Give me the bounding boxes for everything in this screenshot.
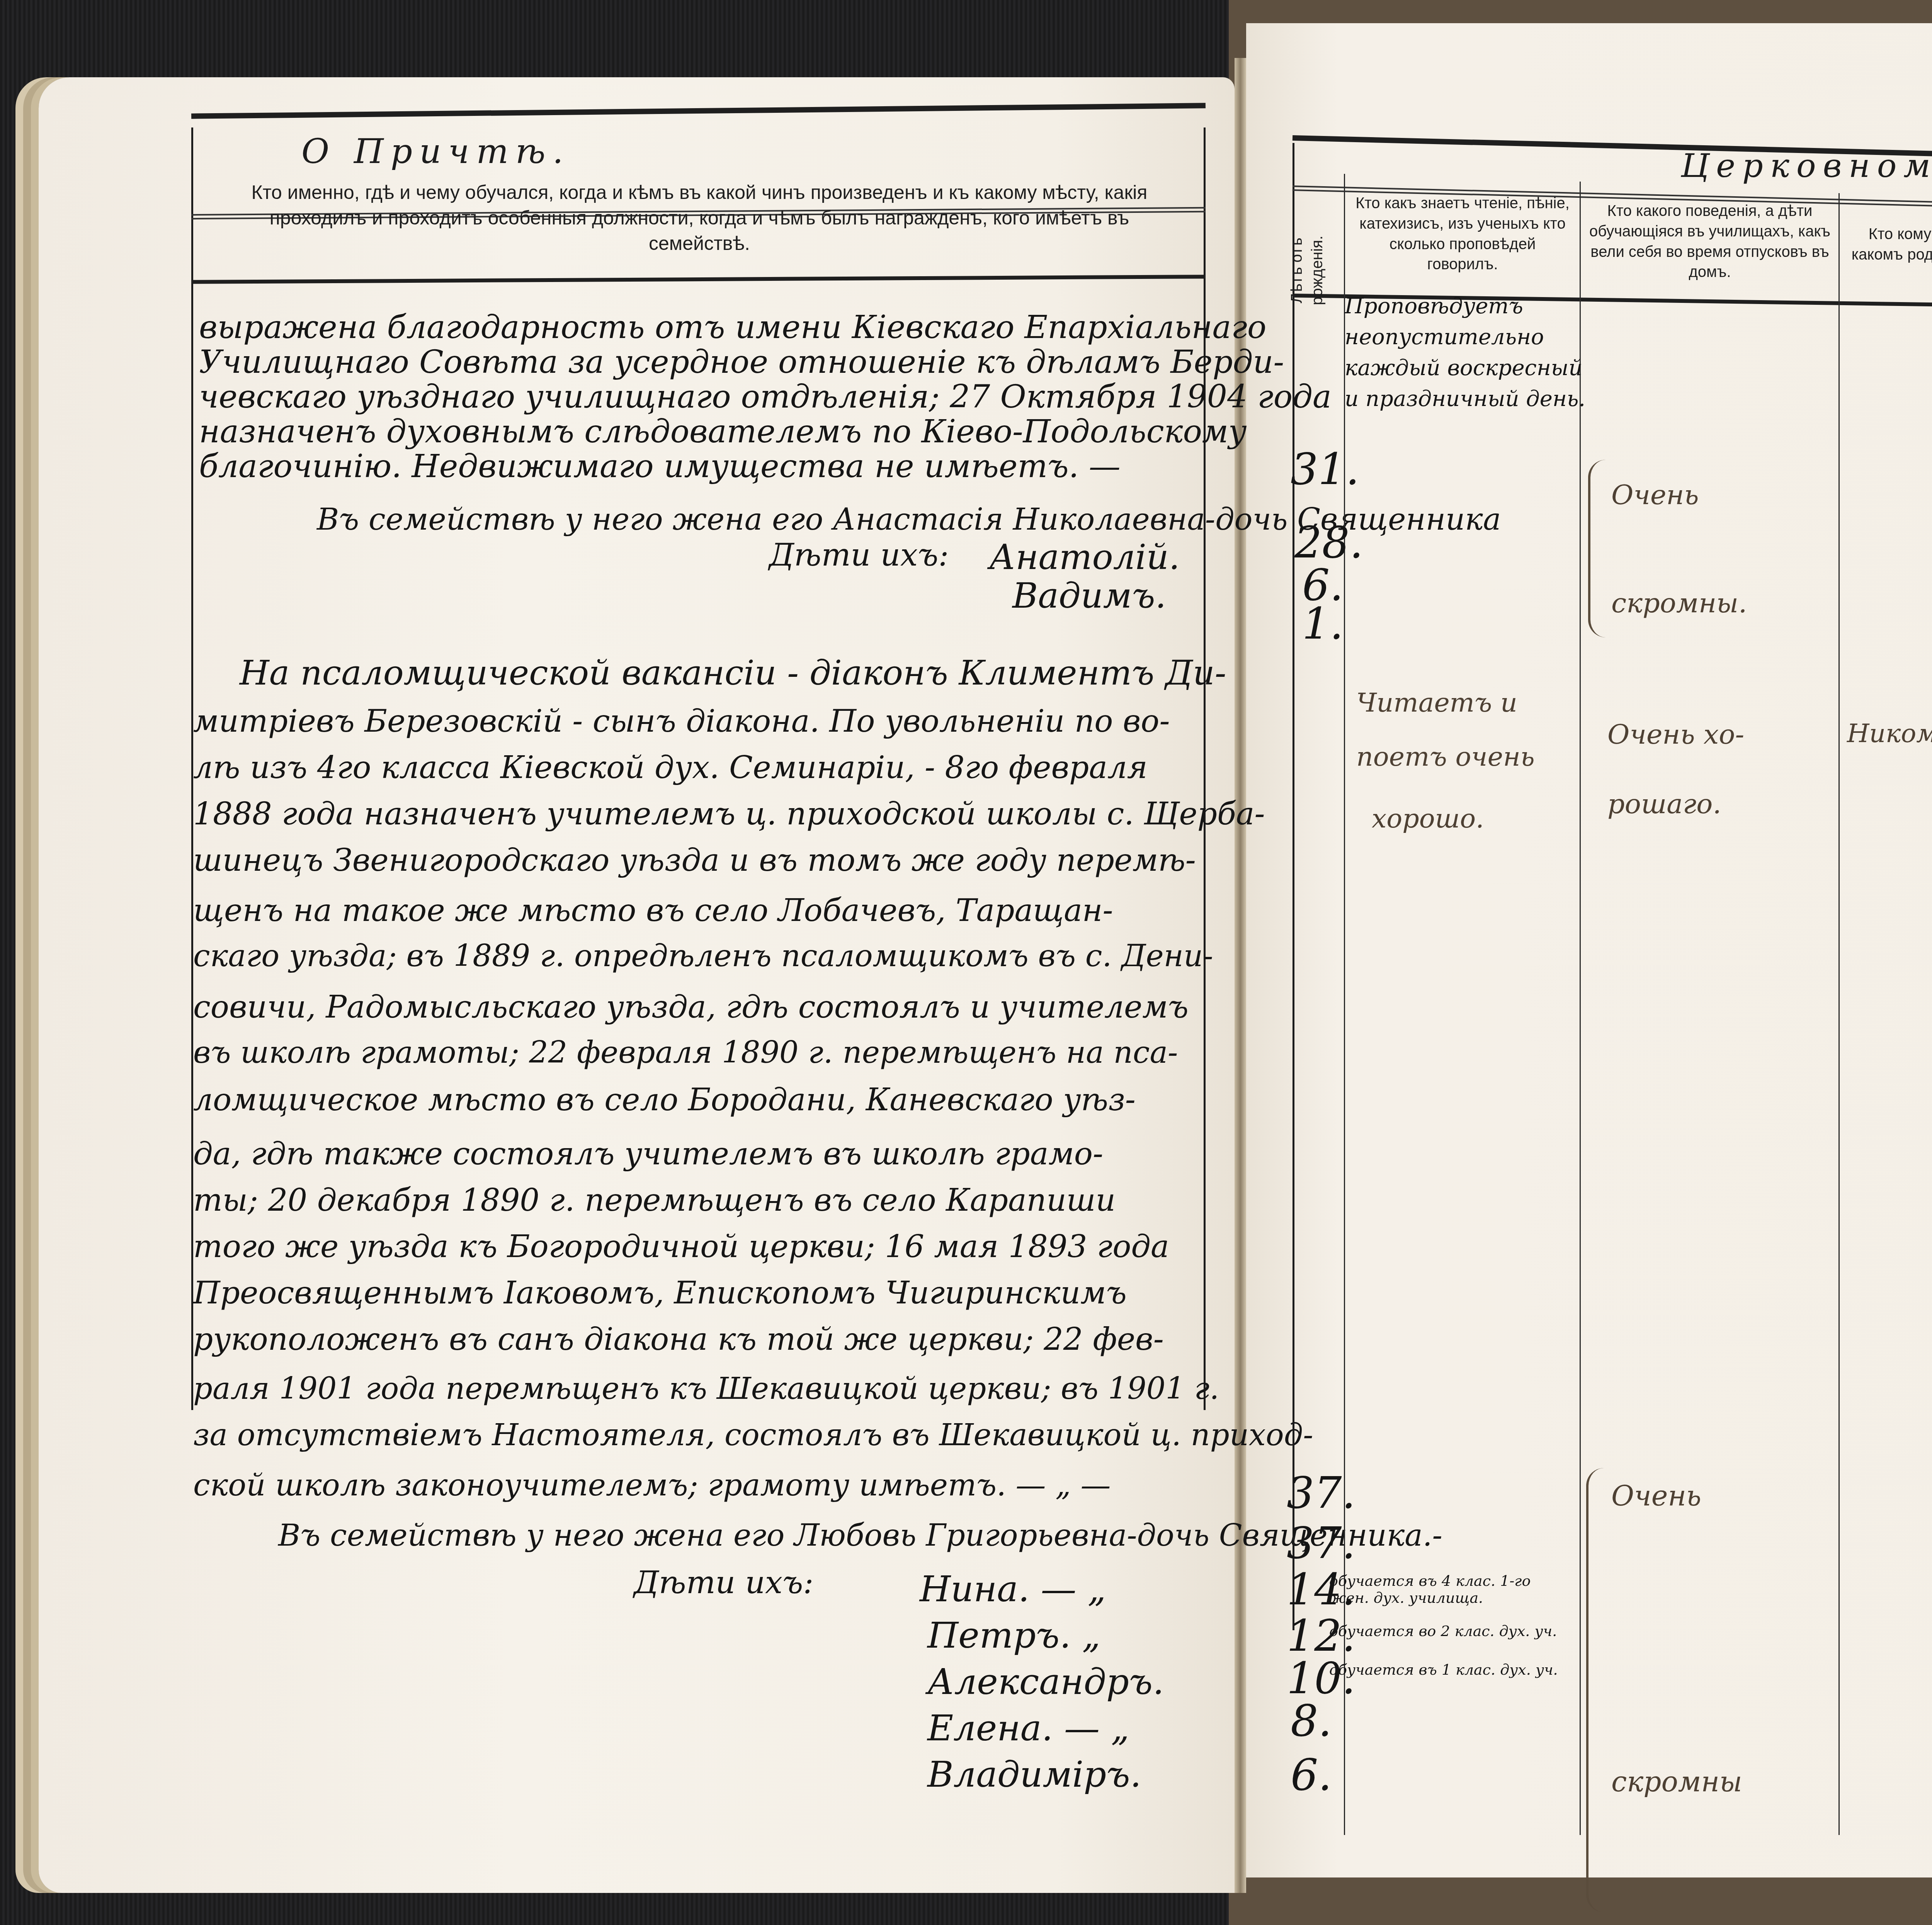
brace-icon [1588, 460, 1606, 637]
family2-children-label: Дѣти ихъ: [634, 1565, 813, 1600]
age-value: 1. [1302, 599, 1344, 649]
kinship-note: Никому [1847, 719, 1932, 748]
col-divider [1580, 182, 1581, 1835]
col-header-behavior: Кто какого поведенія, а дѣти обучающіяся… [1586, 201, 1833, 282]
behavior-note: скромны [1611, 1765, 1742, 1798]
handwritten-line: за отсутствіемъ Настоятеля, состоялъ въ … [193, 1418, 1313, 1453]
handwritten-line: Училищнаго Совѣта за усердное отношеніе … [199, 344, 1284, 381]
knowledge-note: поетъ очень [1356, 742, 1535, 772]
handwritten-line: да, гдѣ также состоялъ учителемъ въ школ… [193, 1136, 1103, 1172]
sermon-note: Проповѣдуетъ [1345, 294, 1523, 319]
sermon-note: каждый воскресный [1345, 355, 1582, 381]
handwritten-line: того же уѣзда къ Богородичной церкви; 16… [193, 1228, 1169, 1264]
left-page-title: О Причтѣ. [301, 131, 570, 171]
age-value: 8. [1291, 1696, 1332, 1746]
family2-child: Александръ. [927, 1661, 1164, 1702]
family2-child: Нина. — „ [920, 1568, 1106, 1610]
col-header-knowledge: Кто какъ знаетъ чтеніе, пѣніе, катехизис… [1352, 193, 1573, 275]
behavior-note: Очень [1611, 1480, 1701, 1512]
right-page-title: Церковномъ. [1681, 147, 1932, 185]
family2-child: Петръ. „ [927, 1615, 1100, 1656]
handwritten-line: рукоположенъ въ санъ діакона къ той же ц… [193, 1321, 1164, 1357]
handwritten-line: митріевъ Березовскій - сынъ діакона. По … [193, 703, 1170, 739]
age-value: 37. [1287, 1518, 1355, 1568]
col-header-kinship: Кто кому въ какомъ родствѣ. [1845, 224, 1932, 265]
age-value: 31. [1291, 444, 1359, 494]
handwritten-line: чевскаго уѣзднаго училищнаго отдѣленія; … [199, 379, 1332, 415]
handwritten-line: выражена благодарность отъ имени Кіевска… [199, 309, 1266, 346]
family1-child: Вадимъ. [1012, 576, 1166, 616]
family1-children-label: Дѣти ихъ: [769, 537, 949, 573]
behavior-note: Очень [1611, 479, 1699, 511]
behavior-note: Очень хо- [1607, 719, 1744, 750]
brace-icon [1586, 1468, 1604, 1912]
handwritten-line: Преосвященнымъ Іаковомъ, Епископомъ Чиги… [193, 1275, 1127, 1311]
age-value: 37. [1287, 1468, 1355, 1518]
handwritten-line: раля 1901 года перемѣщенъ къ Шекавицкой … [193, 1371, 1219, 1406]
handwritten-line: ской школѣ законоучителемъ; грамоту имѣе… [193, 1468, 1111, 1503]
handwritten-line: скаго уѣзда; въ 1889 г. опредѣленъ псало… [193, 939, 1213, 974]
knowledge-note: хорошо. [1372, 804, 1484, 834]
handwritten-line: лѣ изъ 4го класса Кіевской дух. Семинарі… [193, 749, 1148, 785]
age-value: 6. [1291, 1750, 1332, 1800]
handwritten-line: благочинію. Недвижимаго имущества не имѣ… [199, 448, 1121, 485]
family2-child: Владиміръ. [927, 1754, 1141, 1795]
handwritten-line: 1888 года назначенъ учителемъ ц. приходс… [193, 796, 1265, 832]
col-divider [1838, 193, 1840, 1835]
sermon-note: неопустительно [1345, 325, 1544, 350]
family2-line: Въ семействѣ у него жена его Любовь Григ… [278, 1518, 1442, 1553]
behavior-note: скромны. [1611, 587, 1747, 619]
sermon-note: и праздничный день. [1345, 386, 1585, 411]
left-column-header: Кто именно, гдѣ и чему обучался, когда и… [216, 180, 1182, 256]
family1-child: Анатолій. [989, 537, 1180, 578]
handwritten-line: назначенъ духовнымъ слѣдователемъ по Кіе… [199, 413, 1247, 450]
handwritten-line: совичи, Радомысльскаго уѣзда, гдѣ состоя… [193, 989, 1189, 1025]
handwritten-line: ломщическое мѣсто въ село Бородани, Кане… [193, 1082, 1136, 1118]
handwritten-line: ты; 20 декабря 1890 г. перемѣщенъ въ сел… [193, 1182, 1116, 1218]
knowledge-note: Читаетъ и [1356, 688, 1517, 718]
behavior-note: рошаго. [1607, 788, 1721, 820]
schooling-note: обучается во 2 клас. дух. уч. [1329, 1623, 1557, 1640]
family2-child: Елена. — „ [927, 1708, 1129, 1749]
col-header-age: Лѣтъ отъ рожденія. [1287, 228, 1352, 313]
handwritten-line: въ школѣ грамоты; 22 февраля 1890 г. пер… [193, 1035, 1178, 1070]
schooling-note: обучается въ 4 клас. 1-го жен. дух. учил… [1329, 1572, 1569, 1606]
handwritten-line: шинецъ Звенигородскаго уѣзда и въ томъ ж… [193, 842, 1196, 878]
handwritten-line: На псаломщической вакансіи - діаконъ Кли… [240, 653, 1226, 693]
schooling-note: обучается въ 1 клас. дух. уч. [1329, 1661, 1558, 1678]
handwritten-line: щенъ на такое же мѣсто въ село Лобачевъ,… [193, 892, 1113, 928]
